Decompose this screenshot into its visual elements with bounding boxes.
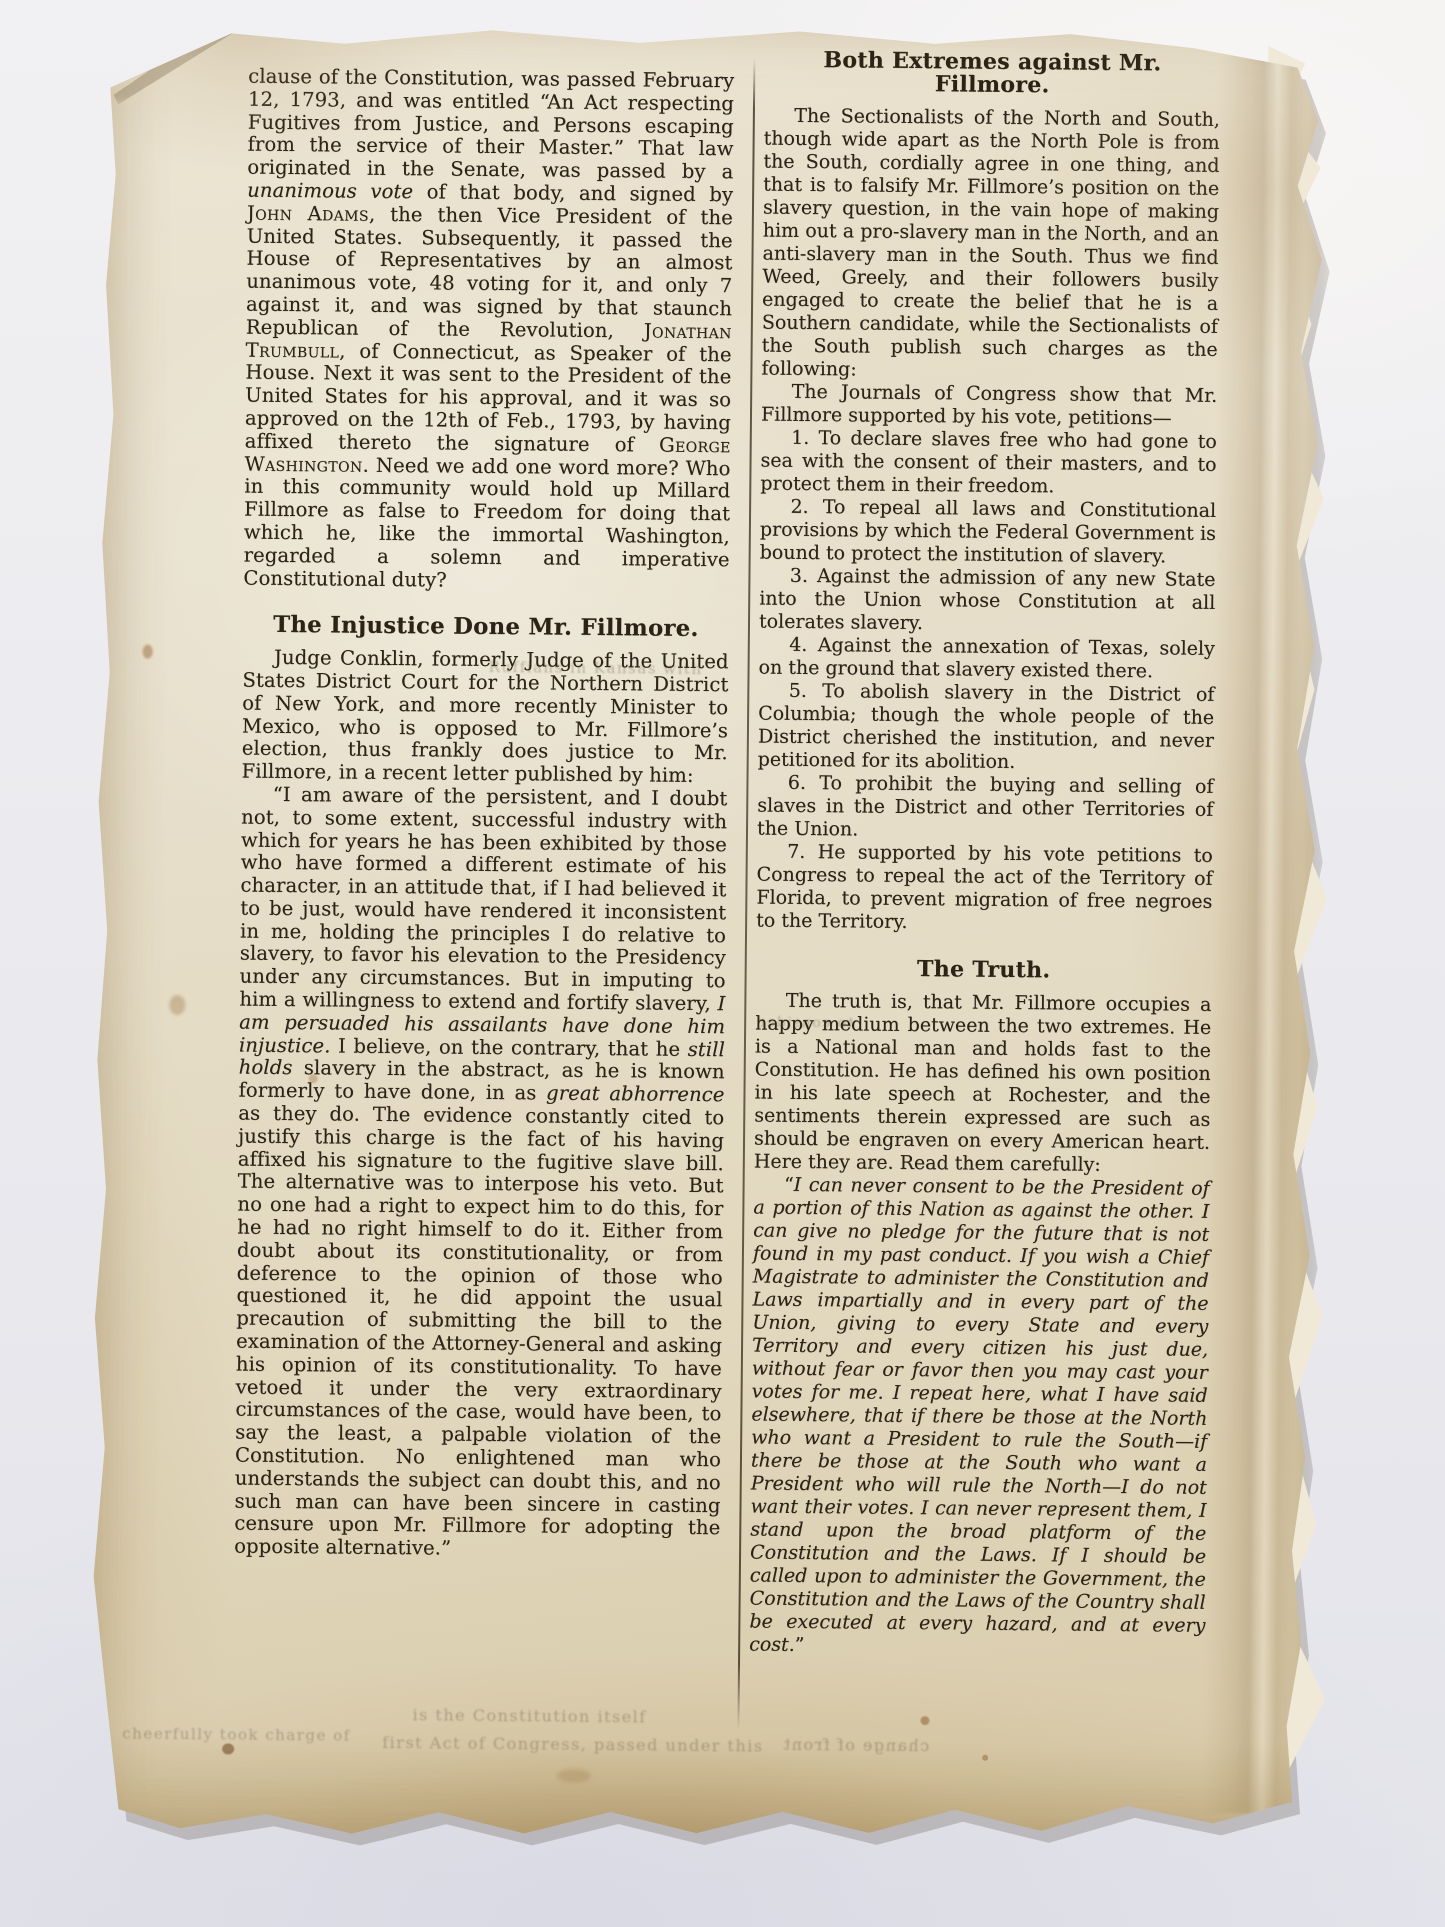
article-paragraph: “I can never consent to be the President…: [749, 1173, 1210, 1660]
smallcaps-text-run: John Adams: [247, 201, 369, 225]
article-paragraph: The Sectionalists of the North and South…: [761, 105, 1220, 385]
bleedthrough-text: cheerfully took charge of: [122, 1724, 351, 1744]
italic-text-run: I can never consent to be the President …: [749, 1174, 1210, 1656]
article-paragraph: 3. Against the admission of any new Stat…: [759, 565, 1216, 638]
article-paragraph: 2. To repeal all laws and Constitutional…: [760, 496, 1217, 569]
text-run: The Journals of Congress show that Mr. F…: [761, 381, 1217, 430]
foxing-stain: [222, 1743, 234, 1754]
foxing-stain: [982, 1755, 988, 1761]
foxing-stain: [169, 995, 185, 1015]
text-run: The truth is, that Mr. Fillmore occupies…: [754, 990, 1212, 1176]
bleedthrough-text: first Act of Congress, passed under this: [382, 1733, 764, 1756]
smudge-stain: [557, 1769, 591, 1783]
italic-text-run: great abhorrence: [546, 1082, 725, 1107]
article-heading: The Truth.: [756, 956, 1212, 983]
newspaper-page: Ruffians in Kansas with is the Constitut…: [81, 8, 1329, 1865]
text-run: clause of the Constitution, was passed F…: [247, 65, 734, 184]
bleedthrough-text: change of front: [782, 1735, 929, 1755]
text-run: ”: [795, 1634, 805, 1656]
foxing-stain: [920, 1716, 929, 1725]
article-paragraph: “I am aware of the persistent, and I dou…: [234, 783, 727, 1563]
article-paragraph: clause of the Constitution, was passed F…: [243, 66, 734, 595]
text-run: 5. To abolish slavery in the District of…: [758, 680, 1215, 773]
article-paragraph: 4. Against the annexation of Texas, sole…: [758, 634, 1214, 684]
green-speck-stain: [1310, 1156, 1318, 1170]
text-run: of that body, and signed by: [413, 180, 733, 206]
right-text-column: Both Extremes against Mr. Fillmore.The S…: [749, 49, 1220, 1661]
italic-text-run: unanimous vote: [247, 179, 413, 204]
article-paragraph: Judge Conklin, formerly Judge of the Uni…: [241, 647, 728, 788]
text-run: The Truth.: [917, 956, 1051, 983]
bottom-edge-toning: [81, 1733, 1312, 1865]
text-run: “: [784, 1174, 794, 1196]
text-run: Judge Conklin, formerly Judge of the Uni…: [241, 646, 728, 787]
article-heading: The Injustice Done Mr. Fillmore.: [243, 614, 729, 641]
article-paragraph: The truth is, that Mr. Fillmore occupies…: [754, 989, 1212, 1177]
text-run: The Sectionalists of the North and South…: [761, 105, 1220, 381]
text-run: 1. To declare slaves free who had gone t…: [760, 427, 1217, 498]
text-run: as they do. The evidence constantly cite…: [234, 1102, 724, 1560]
text-run: “I am aware of the persistent, and I dou…: [239, 783, 727, 1015]
article-paragraph: 6. To prohibit the buying and selling of…: [757, 771, 1214, 844]
text-run: 4. Against the annexation of Texas, sole…: [758, 634, 1214, 682]
text-run: 2. To repeal all laws and Constitutional…: [760, 496, 1217, 568]
folded-corner-flap: [93, 1, 248, 96]
article-paragraph: 1. To declare slaves free who had gone t…: [760, 427, 1217, 500]
folded-corner-shadow: [100, 24, 253, 105]
text-run: 7. He supported by his vote petitions to…: [756, 841, 1213, 933]
text-run: Both Extremes against Mr. Fillmore.: [823, 47, 1161, 98]
article-paragraph: 5. To abolish slavery in the District of…: [758, 680, 1215, 776]
text-run: The Injustice Done Mr. Fillmore.: [273, 612, 699, 642]
foxing-stain: [143, 645, 153, 659]
left-text-column: clause of the Constitution, was passed F…: [234, 66, 734, 1564]
text-run: 6. To prohibit the buying and selling of…: [757, 772, 1214, 841]
photograph-background: { "photo": { "background_color": "#ececf…: [0, 0, 1445, 1927]
article-paragraph: 7. He supported by his vote petitions to…: [756, 840, 1213, 936]
article-heading: Both Extremes against Mr. Fillmore.: [764, 49, 1220, 99]
text-run: 3. Against the admission of any new Stat…: [759, 565, 1216, 634]
bleedthrough-text: is the Constitution itself: [412, 1705, 646, 1726]
article-paragraph: The Journals of Congress show that Mr. F…: [761, 381, 1217, 431]
